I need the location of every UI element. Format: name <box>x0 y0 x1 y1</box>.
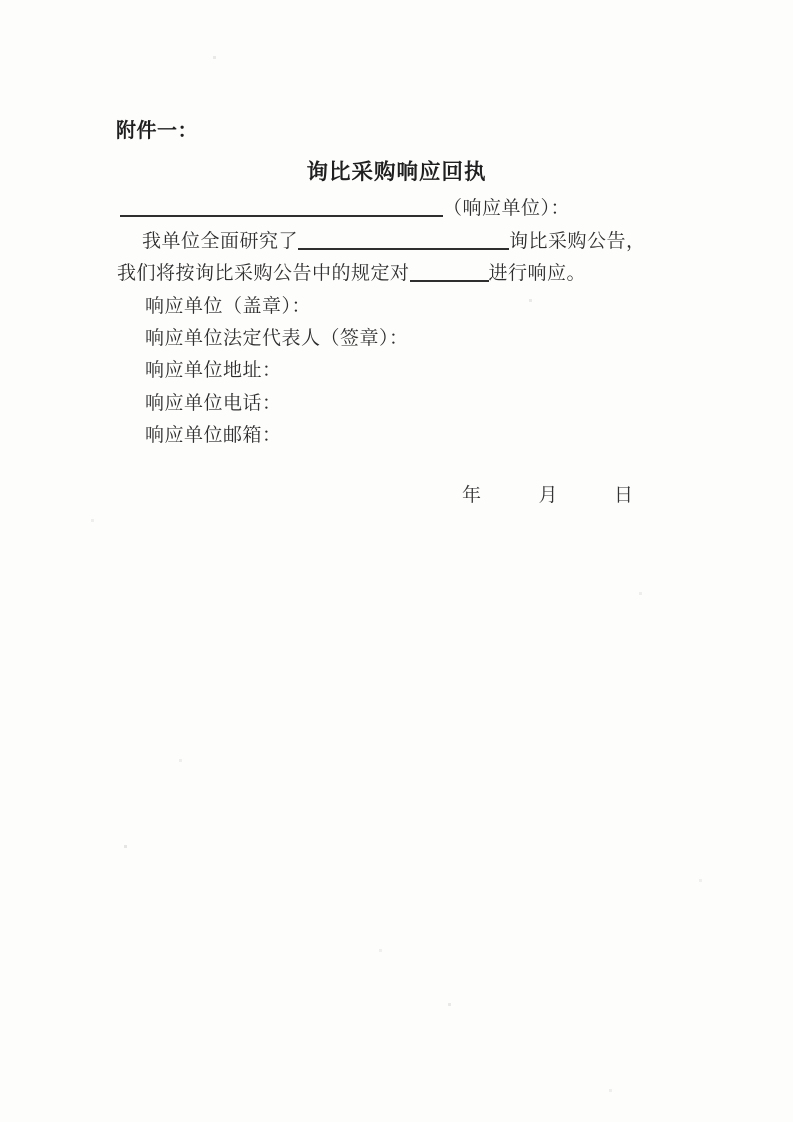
blank-announcement-name <box>298 232 509 250</box>
field-unit-phone: 响应单位电话： <box>145 392 282 415</box>
field-unit-seal: 响应单位（盖章）： <box>145 295 311 318</box>
field-unit-address: 响应单位地址： <box>145 359 282 382</box>
date-line: 年月日 <box>462 484 634 507</box>
recipient-suffix-label: （响应单位）： <box>443 198 570 219</box>
date-day-label: 日 <box>614 485 634 506</box>
p1-text-before: 我单位全面研究了 <box>142 231 298 252</box>
paragraph-line-1: 我单位全面研究了询比采购公告， <box>142 230 646 253</box>
attachment-label: 附件一： <box>116 120 198 143</box>
blank-response-subject <box>410 264 489 282</box>
date-month-label: 月 <box>539 485 559 506</box>
field-unit-email: 响应单位邮箱： <box>145 424 282 447</box>
p1-text-after: 询比采购公告， <box>509 231 646 252</box>
blank-responding-unit-name <box>120 199 443 217</box>
paragraph-line-2: 我们将按询比采购公告中的规定对进行响应。 <box>117 262 586 285</box>
field-legal-representative-signature: 响应单位法定代表人（签章）： <box>145 327 409 350</box>
scanned-document-page: 附件一： 询比采购响应回执 （响应单位）： 我单位全面研究了询比采购公告， 我们… <box>0 0 793 1122</box>
p2-text-after: 进行响应。 <box>489 263 587 284</box>
scan-noise-specks <box>0 0 1 1</box>
date-year-label: 年 <box>462 485 482 506</box>
recipient-line: （响应单位）： <box>120 197 570 220</box>
p2-text-before: 我们将按询比采购公告中的规定对 <box>117 263 410 284</box>
document-title: 询比采购响应回执 <box>0 155 793 186</box>
